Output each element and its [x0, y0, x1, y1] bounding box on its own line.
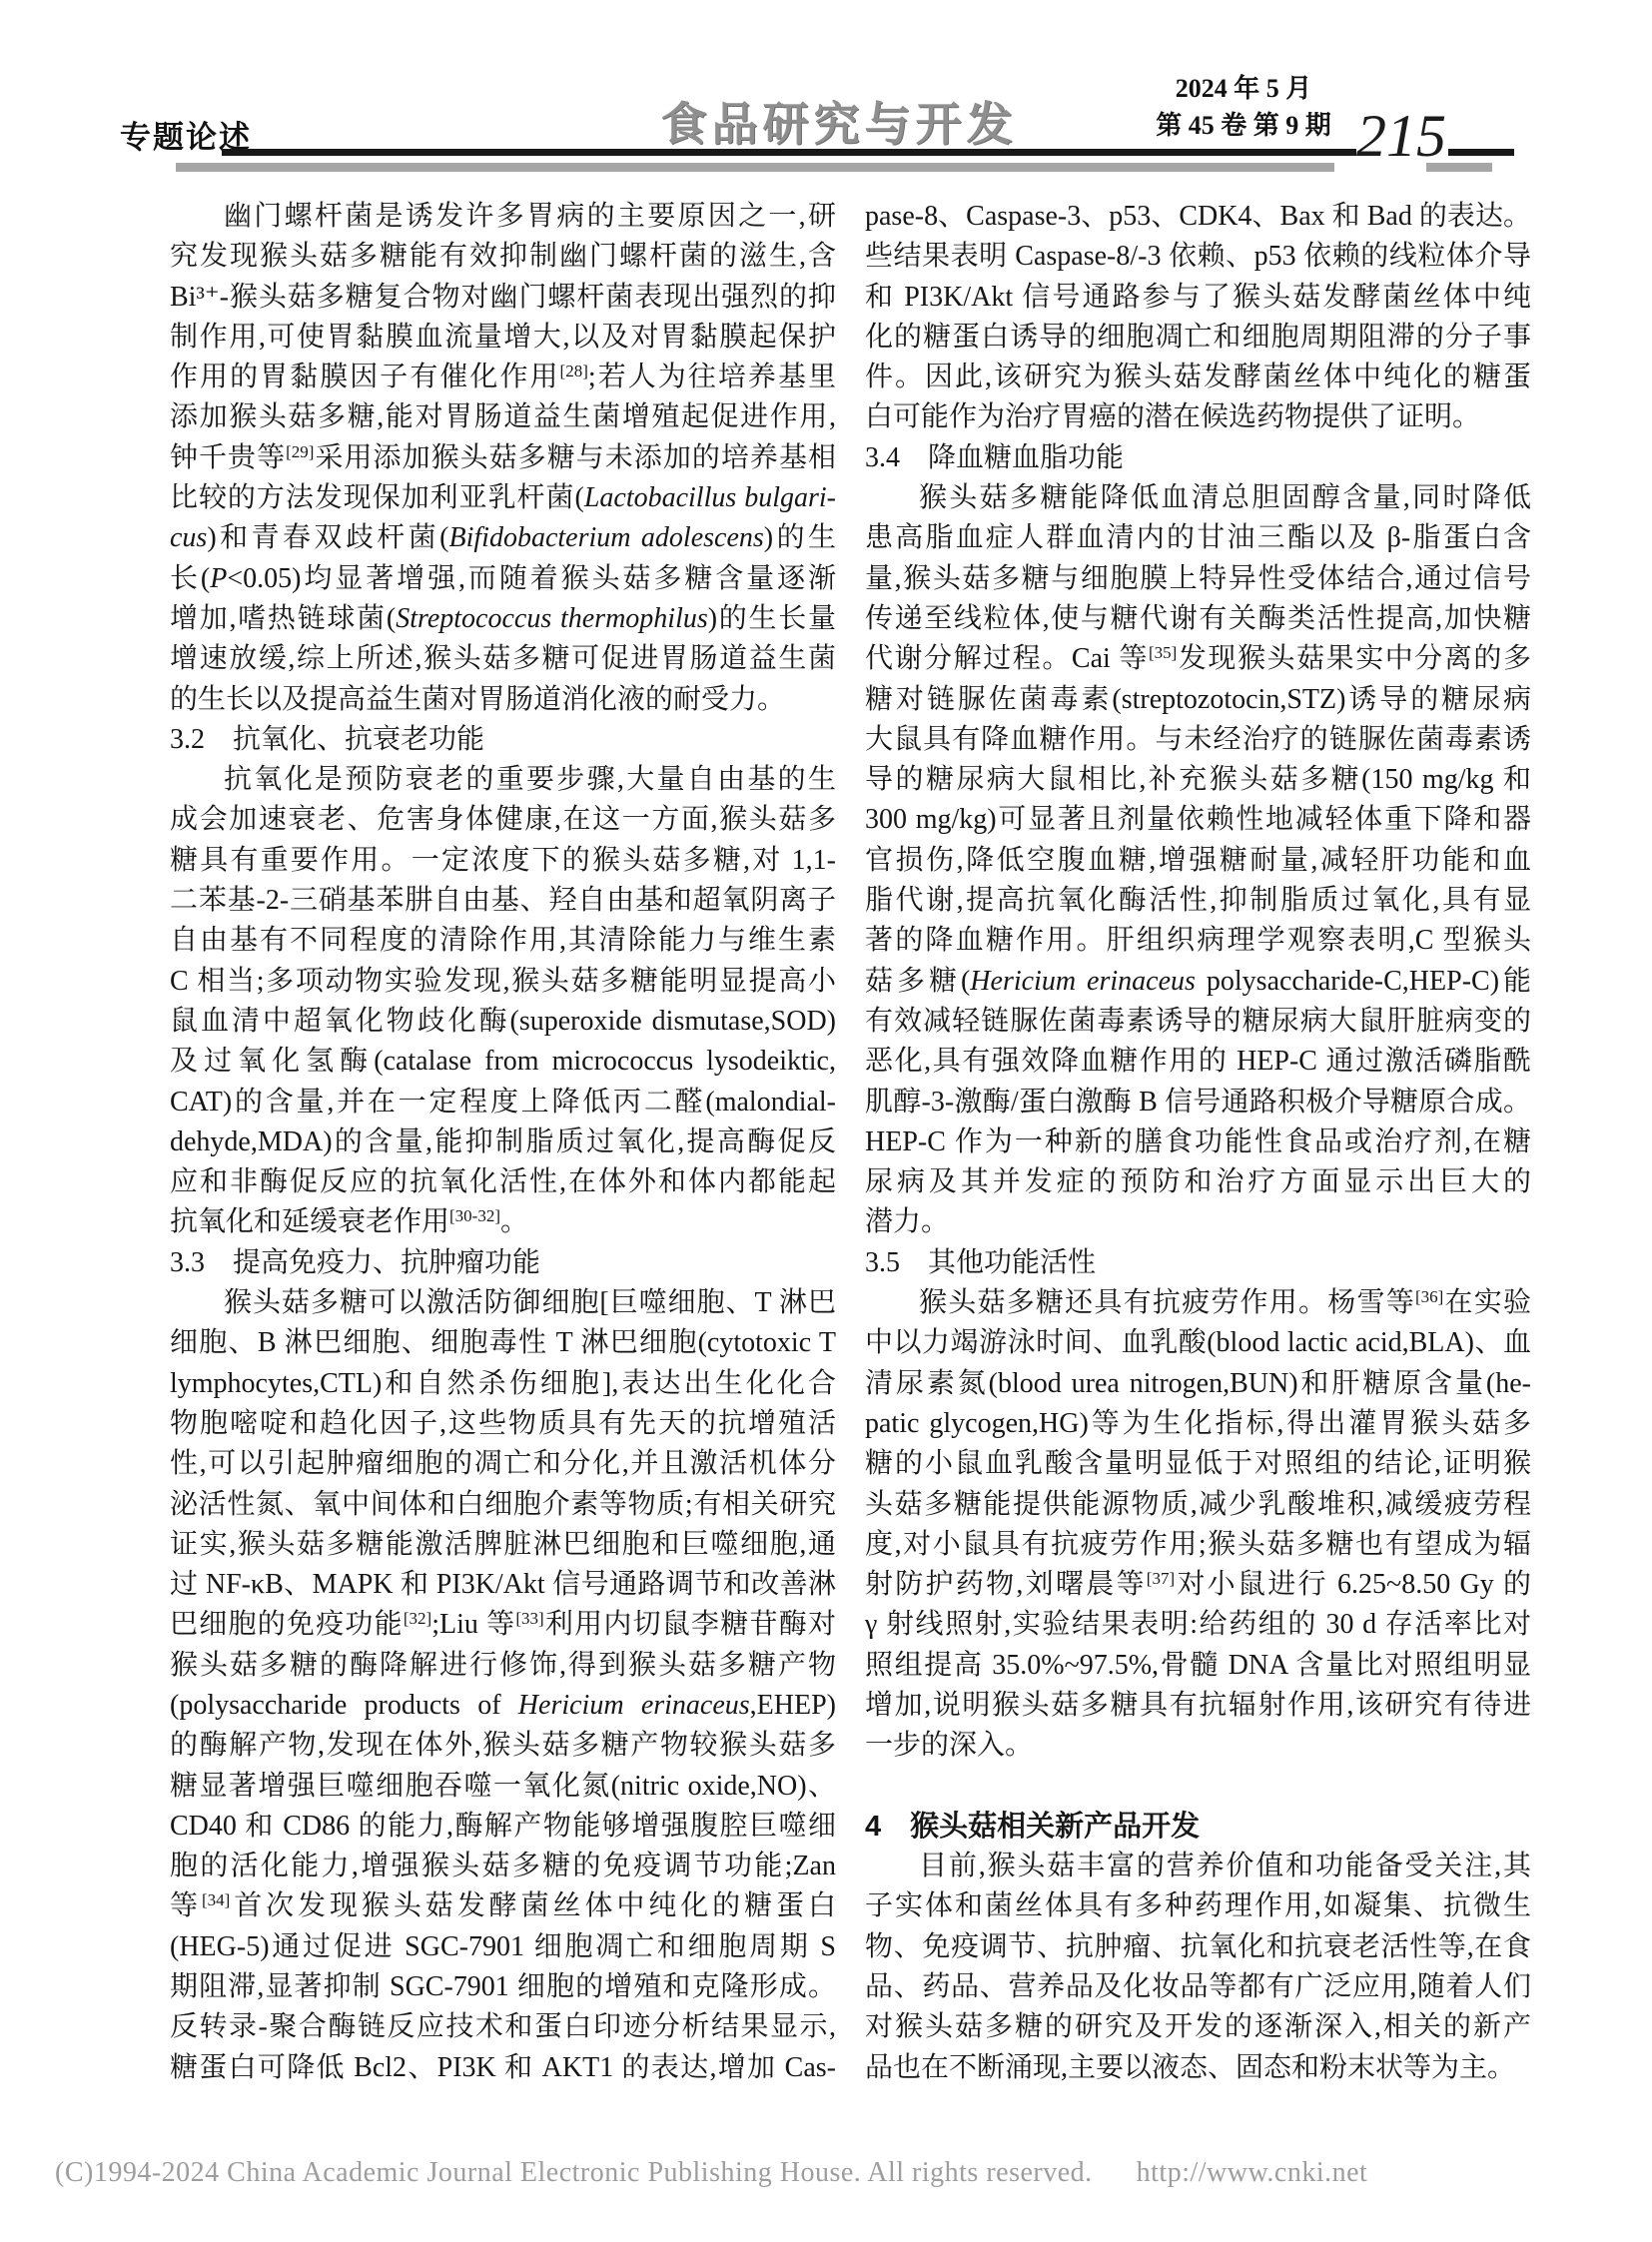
text-line: C 相当;多项动物实验发现,猴头菇多糖能明显提高小 — [170, 962, 836, 1002]
text-line: 脂代谢,提高抗氧化酶活性,抑制脂质过氧化,具有显 — [865, 881, 1531, 921]
text-line: 子实体和菌丝体具有多种药理作用,如凝集、抗微生 — [865, 1886, 1531, 1926]
footer: (C)1994-2024 China Academic Journal Elec… — [55, 2157, 1613, 2189]
text-line: 化的糖蛋白诱导的细胞凋亡和细胞周期阻滞的分子事 — [865, 318, 1531, 358]
text-line: 及过氧化氢酶(catalase from micrococcus lysodei… — [170, 1042, 836, 1082]
text-line: 期阻滞,显著抑制 SGC-7901 细胞的增殖和克隆形成。 — [170, 1967, 836, 2007]
text-line: 目前,猴头菇丰富的营养价值和功能备受关注,其 — [865, 1847, 1531, 1886]
text-line: 胞的活化能力,增强猴头菇多糖的免疫调节功能;Zan — [170, 1847, 836, 1886]
text-line: 大鼠具有降血糖作用。与未经治疗的链脲佐菌毒素诱 — [865, 720, 1531, 760]
issue-date: 2024 年 5 月 — [1129, 70, 1358, 107]
text-line: γ 射线照射,实验结果表明:给药组的 30 d 存活率比对 — [865, 1605, 1531, 1645]
text-line: 官损伤,降低空腹血糖,增强糖耐量,减轻肝功能和血 — [865, 841, 1531, 881]
text-line: 恶化,具有强效降血糖作用的 HEP-C 通过激活磷脂酰 — [865, 1042, 1531, 1082]
text-line: 对猴头菇多糖的研究及开发的逐渐深入,相关的新产 — [865, 2007, 1531, 2047]
text-line: 性,可以引起肿瘤细胞的凋亡和分化,并且激活机体分 — [170, 1444, 836, 1484]
footer-url: http://www.cnki.net — [1137, 2157, 1368, 2188]
section-heading: 3.4 降血糖血脂功能 — [865, 438, 1531, 478]
text-line: 著的降血糖作用。肝组织病理学观察表明,C 型猴头 — [865, 921, 1531, 961]
issue-volume: 第 45 卷 第 9 期 — [1129, 107, 1358, 144]
text-line: 导的糖尿病大鼠相比,补充猴头菇多糖(150 mg/kg 和 — [865, 760, 1531, 800]
issue-info: 2024 年 5 月 第 45 卷 第 9 期 — [1129, 70, 1358, 144]
text-line: 幽门螺杆菌是诱发许多胃病的主要原因之一,研 — [170, 197, 836, 237]
text-line: 品也在不断涌现,主要以液态、固态和粉末状等为主。 — [865, 2048, 1531, 2088]
text-line: 物胞嘧啶和趋化因子,这些物质具有先天的抗增殖活 — [170, 1404, 836, 1444]
text-line: 增加,说明猴头菇多糖具有抗辐射作用,该研究有待进 — [865, 1686, 1531, 1726]
text-line: 二苯基-2-三硝基苯肼自由基、羟自由基和超氧阴离子 — [170, 881, 836, 921]
text-line: 患高脂血症人群血清内的甘油三酯以及 β-脂蛋白含 — [865, 518, 1531, 558]
text-line: 增速放缓,综上所述,猴头菇多糖可促进胃肠道益生菌 — [170, 639, 836, 679]
text-line: 巴细胞的免疫功能[32];Liu 等[33]利用内切鼠李糖苷酶对 — [170, 1605, 836, 1645]
text-line: 自由基有不同程度的清除作用,其清除能力与维生素 — [170, 921, 836, 961]
text-line: 射防护药物,刘曙晨等[37]对小鼠进行 6.25~8.50 Gy 的 — [865, 1565, 1531, 1605]
text-line: 头菇多糖能提供能源物质,减少乳酸堆积,减缓疲劳程 — [865, 1485, 1531, 1525]
text-line: 一步的深入。 — [865, 1726, 1531, 1766]
header-rule-black-short — [1448, 149, 1514, 156]
text-line: 照组提高 35.0%~97.5%,骨髓 DNA 含量比对照组明显 — [865, 1646, 1531, 1686]
text-line: 长(P<0.05)均显著增强,而随着猴头菇多糖含量逐渐 — [170, 559, 836, 599]
text-line: 钟千贵等[29]采用添加猴头菇多糖与未添加的培养基相 — [170, 438, 836, 478]
column-right: pase-8、Caspase-3、p53、CDK4、Bax 和 Bad 的表达。… — [865, 197, 1531, 2088]
section-heading: 3.3 提高免疫力、抗肿瘤功能 — [170, 1243, 836, 1283]
text-line: 作用的胃黏膜因子有催化作用[28];若人为往培养基里 — [170, 358, 836, 397]
text-line: 增加,嗜热链球菌(Streptococcus thermophilus)的生长量 — [170, 599, 836, 639]
text-line: 的酶解产物,发现在体外,猴头菇多糖产物较猴头菇多 — [170, 1726, 836, 1766]
text-line: dehyde,MDA)的含量,能抑制脂质过氧化,提高酶促反 — [170, 1122, 836, 1162]
text-line: 鼠血清中超氧化物歧化酶(superoxide dismutase,SOD) — [170, 1002, 836, 1042]
section-heading: 4 猴头菇相关新产品开发 — [865, 1807, 1531, 1847]
journal-title: 食品研究与开发 — [559, 88, 1119, 154]
text-line: 添加猴头菇多糖,能对胃肠道益生菌增殖起促进作用, — [170, 397, 836, 437]
text-line: 糖的小鼠血乳酸含量明显低于对照组的结论,证明猴 — [865, 1444, 1531, 1484]
text-line: 过 NF-κB、MAPK 和 PI3K/Akt 信号通路调节和改善淋 — [170, 1565, 836, 1605]
text-line: 中以力竭游泳时间、血乳酸(blood lactic acid,BLA)、血 — [865, 1323, 1531, 1363]
text-line: 品、药品、营养品及化妆品等都有广泛应用,随着人们 — [865, 1967, 1531, 2007]
text-line: 尿病及其并发症的预防和治疗方面显示出巨大的 — [865, 1162, 1531, 1202]
text-line: 清尿素氮(blood urea nitrogen,BUN)和肝糖原含量(he- — [865, 1364, 1531, 1404]
text-line: 的生长以及提高益生菌对胃肠道消化液的耐受力。 — [170, 680, 836, 720]
text-line: 传递至线粒体,使与糖代谢有关酶类活性提高,加快糖 — [865, 599, 1531, 639]
text-line: 白可能作为治疗胃癌的潜在候选药物提供了证明。 — [865, 397, 1531, 437]
header-rule-gray — [176, 163, 1334, 172]
text-line: 件。因此,该研究为猴头菇发酵菌丝体中纯化的糖蛋 — [865, 358, 1531, 397]
header-rule-gray-short — [1426, 163, 1492, 172]
text-line: 糖显著增强巨噬细胞吞噬一氧化氮(nitric oxide,NO)、 — [170, 1767, 836, 1807]
text-line: 细胞、B 淋巴细胞、细胞毒性 T 淋巴细胞(cytotoxic T — [170, 1323, 836, 1363]
text-line: lymphocytes,CTL)和自然杀伤细胞],表达出生化化合 — [170, 1364, 836, 1404]
text-line: HEP-C 作为一种新的膳食功能性食品或治疗剂,在糖 — [865, 1122, 1531, 1162]
text-line: 比较的方法发现保加利亚乳杆菌(Lactobacillus bulgari- — [170, 478, 836, 518]
text-line: CD40 和 CD86 的能力,酶解产物能够增强腹腔巨噬细 — [170, 1807, 836, 1847]
text-line: 度,对小鼠具有抗疲劳作用;猴头菇多糖也有望成为辐 — [865, 1525, 1531, 1565]
page-number: 215 — [1356, 102, 1446, 171]
text-line: 有效减轻链脲佐菌毒素诱导的糖尿病大鼠肝脏病变的 — [865, 1002, 1531, 1042]
text-line: 和 PI3K/Akt 信号通路参与了猴头菇发酵菌丝体中纯 — [865, 278, 1531, 318]
text-line: patic glycogen,HG)等为生化指标,得出灌胃猴头菇多 — [865, 1404, 1531, 1444]
text-line: 泌活性氮、氧中间体和白细胞介素等物质;有相关研究 — [170, 1485, 836, 1525]
text-line: 肌醇-3-激酶/蛋白激酶 B 信号通路积极介导糖原合成。 — [865, 1083, 1531, 1122]
text-line: 糖具有重要作用。一定浓度下的猴头菇多糖,对 1,1- — [170, 841, 836, 881]
text-line: 应和非酶促反应的抗氧化活性,在体外和体内都能起 — [170, 1162, 836, 1202]
text-line: 制作用,可使胃黏膜血流量增大,以及对胃黏膜起保护 — [170, 318, 836, 358]
text-line: 菇多糖(Hericium erinaceus polysaccharide-C,… — [865, 962, 1531, 1002]
text-line: CAT)的含量,并在一定程度上降低丙二醛(malondial- — [170, 1083, 836, 1122]
text-line: 究发现猴头菇多糖能有效抑制幽门螺杆菌的滋生,含 — [170, 237, 836, 277]
text-line: 猴头菇多糖的酶降解进行修饰,得到猴头菇多糖产物 — [170, 1646, 836, 1686]
journal-page: 专题论述 食品研究与开发 2024 年 5 月 第 45 卷 第 9 期 215… — [0, 0, 1652, 2242]
footer-copyright: (C)1994-2024 China Academic Journal Elec… — [55, 2157, 1093, 2188]
column-left: 幽门螺杆菌是诱发许多胃病的主要原因之一,研究发现猴头菇多糖能有效抑制幽门螺杆菌的… — [170, 197, 836, 2088]
section-heading: 3.5 其他功能活性 — [865, 1243, 1531, 1283]
text-line: 代谢分解过程。Cai 等[35]发现猴头菇果实中分离的多 — [865, 639, 1531, 679]
text-line: (HEG-5)通过促进 SGC-7901 细胞凋亡和细胞周期 S — [170, 1927, 836, 1967]
text-line: 等[34]首次发现猴头菇发酵菌丝体中纯化的糖蛋白 — [170, 1886, 836, 1926]
text-line: 潜力。 — [865, 1202, 1531, 1242]
text-line: 糖对链脲佐菌毒素(streptozotocin,STZ)诱导的糖尿病 — [865, 680, 1531, 720]
text-line: 猴头菇多糖能降低血清总胆固醇含量,同时降低 — [865, 478, 1531, 518]
text-line: 成会加速衰老、危害身体健康,在这一方面,猴头菇多 — [170, 800, 836, 840]
text-line: cus)和青春双歧杆菌(Bifidobacterium adolescens)的… — [170, 518, 836, 558]
header-rule-black — [222, 149, 1356, 156]
text-line: 反转录-聚合酶链反应技术和蛋白印迹分析结果显示, — [170, 2007, 836, 2047]
line-spacer — [865, 1767, 1531, 1807]
text-line: 抗氧化和延缓衰老作用[30-32]。 — [170, 1202, 836, 1242]
text-line: 糖蛋白可降低 Bcl2、PI3K 和 AKT1 的表达,增加 Cas- — [170, 2048, 836, 2088]
text-line: 猴头菇多糖可以激活防御细胞[巨噬细胞、T 淋巴 — [170, 1283, 836, 1323]
section-heading: 3.2 抗氧化、抗衰老功能 — [170, 720, 836, 760]
text-line: 猴头菇多糖还具有抗疲劳作用。杨雪等[36]在实验 — [865, 1283, 1531, 1323]
text-line: 物、免疫调节、抗肿瘤、抗氧化和抗衰老活性等,在食 — [865, 1927, 1531, 1967]
text-line: pase-8、Caspase-3、p53、CDK4、Bax 和 Bad 的表达。… — [865, 197, 1531, 237]
text-line: Bi³⁺-猴头菇多糖复合物对幽门螺杆菌表现出强烈的抑 — [170, 278, 836, 318]
text-line: 抗氧化是预防衰老的重要步骤,大量自由基的生 — [170, 760, 836, 800]
text-line: 量,猴头菇多糖与细胞膜上特异性受体结合,通过信号 — [865, 559, 1531, 599]
text-line: 300 mg/kg)可显著且剂量依赖性地减轻体重下降和器 — [865, 800, 1531, 840]
text-line: 些结果表明 Caspase-8/-3 依赖、p53 依赖的线粒体介导 — [865, 237, 1531, 277]
text-line: 证实,猴头菇多糖能激活脾脏淋巴细胞和巨噬细胞,通 — [170, 1525, 836, 1565]
text-line: (polysaccharide products of Hericium eri… — [170, 1686, 836, 1726]
